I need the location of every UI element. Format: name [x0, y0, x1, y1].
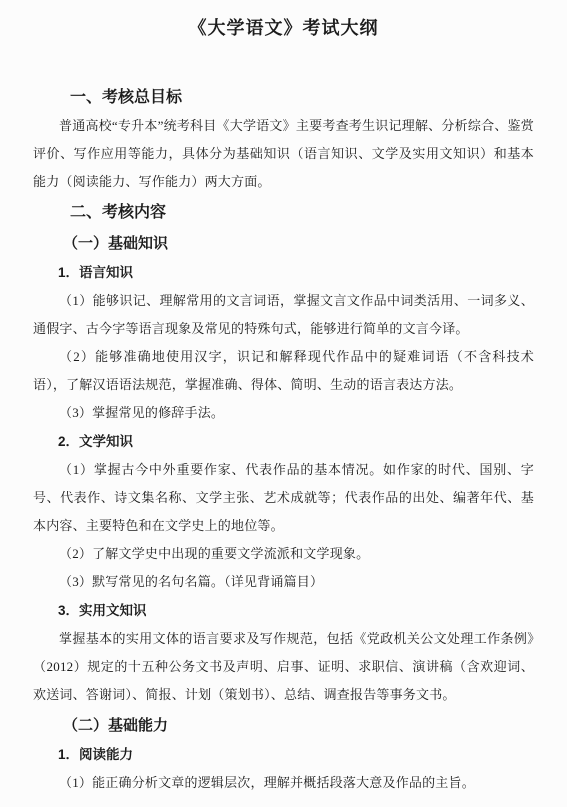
paragraph-practical-writing: 掌握基本的实用文体的语言要求及写作规范，包括《党政机关公文处理工作条例》（201…: [33, 625, 534, 709]
document-page: 《大学语文》考试大纲 一、考核总目标 普通高校“专升本”统考科目《大学语文》主要…: [0, 0, 567, 807]
paragraph-overview: 普通高校“专升本”统考科目《大学语文》主要考查考生识记理解、分析综合、鉴赏评价、…: [33, 112, 534, 196]
heading-basic-knowledge: （一）基础知识: [33, 229, 534, 258]
paragraph-literature-item-3: （3）默写常见的名句名篇。（详见背诵篇目）: [33, 568, 534, 596]
paragraph-language-item-3: （3）掌握常见的修辞手法。: [33, 399, 534, 427]
paragraph-literature-item-1: （1）掌握古今中外重要作家、代表作品的基本情况。如作家的时代、国别、字号、代表作…: [33, 456, 534, 540]
heading-basic-ability: （二）基础能力: [33, 711, 534, 740]
heading-language-knowledge: 1．语言知识: [33, 258, 534, 287]
paragraph-reading-item-1: （1）能正确分析文章的逻辑层次，理解并概括段落大意及作品的主旨。: [33, 769, 534, 797]
heading-exam-content: 二、考核内容: [33, 198, 534, 227]
paragraph-language-item-1: （1）能够识记、理解常用的文言词语，掌握文言文作品中词类活用、一词多义、通假字、…: [33, 287, 534, 343]
paragraph-literature-item-2: （2）了解文学史中出现的重要文学流派和文学现象。: [33, 540, 534, 568]
heading-practical-writing-knowledge: 3．实用文知识: [33, 596, 534, 625]
heading-reading-ability: 1．阅读能力: [33, 740, 534, 769]
document-title: 《大学语文》考试大纲: [33, 14, 534, 43]
heading-literature-knowledge: 2．文学知识: [33, 427, 534, 456]
heading-overall-objectives: 一、考核总目标: [33, 83, 534, 112]
paragraph-language-item-2: （2）能够准确地使用汉字，识记和解释现代作品中的疑难词语（不含科技术语），了解汉…: [33, 343, 534, 399]
